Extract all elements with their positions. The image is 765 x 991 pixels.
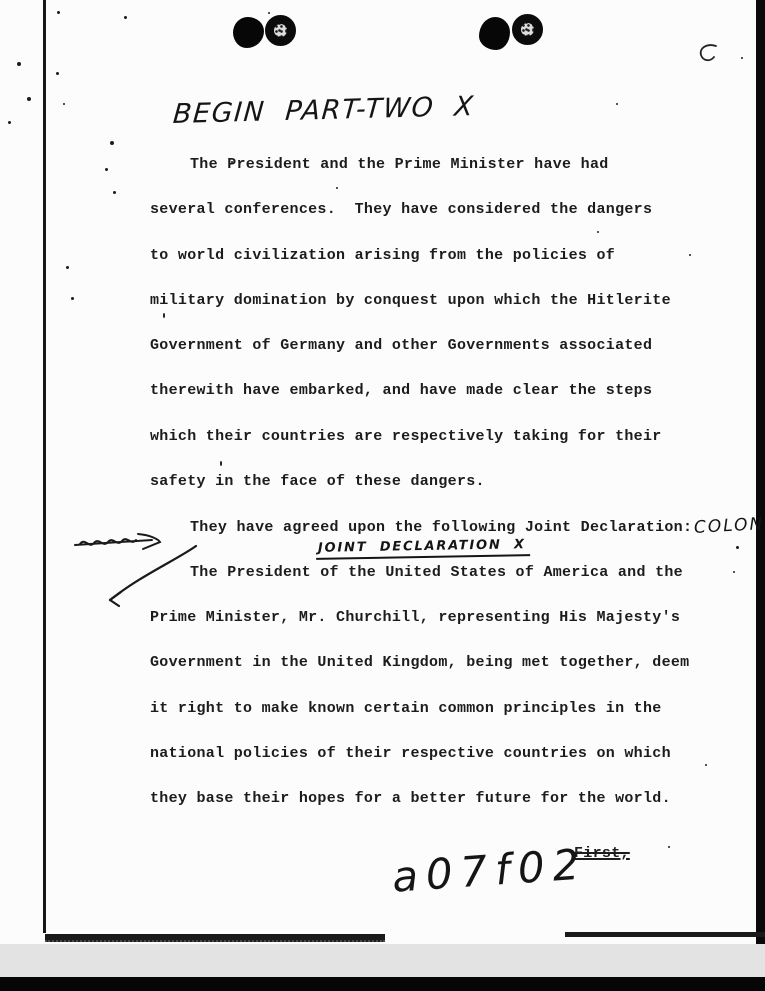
handwritten-joint-declaration: JOINT DECLARATION X bbox=[316, 537, 530, 560]
binder-ring-mark-left bbox=[265, 15, 296, 46]
handwritten-header: BEGIN PART-TWO X bbox=[172, 91, 476, 130]
scan-edge-bottom-right bbox=[565, 932, 765, 937]
scan-edge-bottom-left bbox=[45, 934, 385, 942]
typed-line: safety in the face of these dangers. bbox=[150, 459, 725, 504]
typed-line: it right to make known certain common pr… bbox=[150, 686, 725, 731]
typed-line: Government of Germany and other Governme… bbox=[150, 323, 725, 368]
margin-scribble-and-insertion-arrow bbox=[68, 528, 208, 613]
typed-line: Government in the United Kingdom, being … bbox=[150, 640, 725, 685]
punch-hole-mark-right bbox=[479, 17, 510, 50]
insertion-arrow-shaft bbox=[110, 546, 196, 600]
typed-line: The President and the Prime Minister hav… bbox=[150, 142, 725, 187]
typed-line: they base their hopes for a better futur… bbox=[150, 776, 725, 821]
handwritten-colon-annotation: COLON bbox=[693, 503, 765, 552]
typed-line: to world civilization arising from the p… bbox=[150, 233, 725, 278]
scan-edge-right bbox=[756, 0, 765, 991]
declaration-typed-text: They have agreed upon the following Join… bbox=[190, 519, 692, 536]
typed-line: several conferences. They have considere… bbox=[150, 187, 725, 232]
scan-black-bar bbox=[0, 977, 765, 991]
scanned-document-page: BEGIN PART-TWO X The President and the P… bbox=[0, 0, 765, 991]
scan-gray-band bbox=[0, 944, 765, 977]
binder-ring-mark-right bbox=[512, 14, 543, 45]
typed-line: Prime Minister, Mr. Churchill, represent… bbox=[150, 595, 725, 640]
punch-hole-mark-left bbox=[233, 17, 264, 48]
typed-text-block: The President and the Prime Minister hav… bbox=[150, 142, 725, 821]
typed-line: therewith have embarked, and have made c… bbox=[150, 368, 725, 413]
stray-pen-mark bbox=[694, 42, 722, 66]
typed-line: national policies of their respective co… bbox=[150, 731, 725, 776]
insertion-arrow-head bbox=[110, 592, 121, 606]
scan-edge-left bbox=[43, 0, 46, 933]
handwritten-code: a07f02 bbox=[391, 839, 589, 902]
typed-line: military domination by conquest upon whi… bbox=[150, 278, 725, 323]
typed-line: which their countries are respectively t… bbox=[150, 414, 725, 459]
